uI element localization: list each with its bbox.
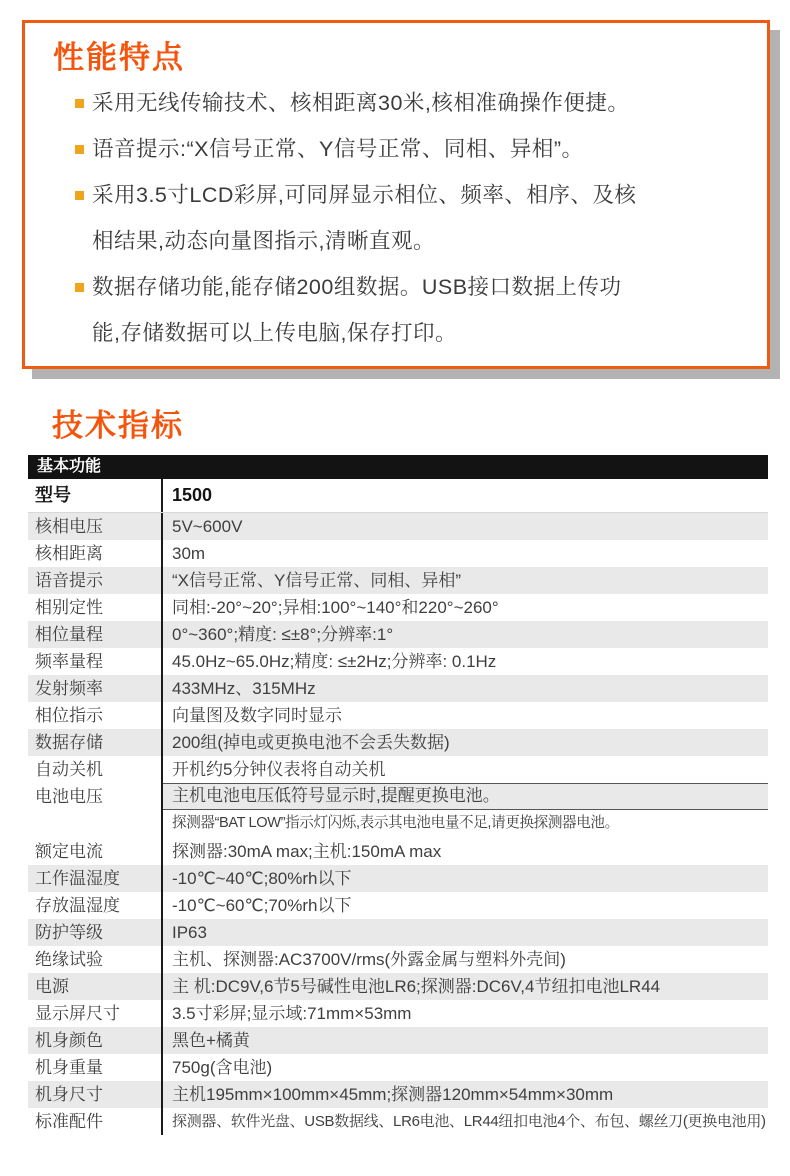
spec-label: 核相电压 (28, 513, 163, 540)
spec-row: 相位指示向量图及数字同时显示 (28, 702, 768, 729)
spec-value: 开机约5分钟仪表将自动关机 (163, 756, 768, 783)
spec-row: 发射频率433MHz、315MHz (28, 675, 768, 702)
spec-row: 频率量程45.0Hz~65.0Hz;精度: ≤±2Hz;分辨率: 0.1Hz (28, 648, 768, 675)
square-bullet-icon (75, 191, 84, 200)
spec-row: 机身颜色黑色+橘黄 (28, 1027, 768, 1054)
feature-text: 采用3.5寸LCD彩屏,可同屏显示相位、频率、相序、及核 相结果,动态向量图指示… (92, 172, 636, 264)
spec-value: 3.5寸彩屏;显示域:71mm×53mm (163, 1000, 768, 1027)
feature-box: 性能特点 采用无线传输技术、核相距离30米,核相准确操作便捷。 语音提示:“X信… (22, 20, 770, 369)
spec-row: 存放温湿度-10℃~60℃;70%rh以下 (28, 892, 768, 919)
features-title: 性能特点 (53, 32, 185, 77)
spec-label: 相位量程 (28, 621, 163, 648)
spec-section-header: 基本功能 (28, 455, 768, 479)
feature-list: 采用无线传输技术、核相距离30米,核相准确操作便捷。 语音提示:“X信号正常、Y… (75, 80, 715, 356)
spec-row: 机身重量750g(含电池) (28, 1054, 768, 1081)
spec-row: 相位量程0°~360°;精度: ≤±8°;分辨率:1° (28, 621, 768, 648)
spec-label: 机身重量 (28, 1054, 163, 1081)
spec-value: 探测器:30mA max;主机:150mA max (163, 838, 768, 865)
square-bullet-icon (75, 283, 84, 292)
square-bullet-icon (75, 145, 84, 154)
spec-row: 防护等级IP63 (28, 919, 768, 946)
spec-label: 核相距离 (28, 540, 163, 567)
spec-row: 电源主 机:DC9V,6节5号碱性电池LR6;探测器:DC6V,4节纽扣电池LR… (28, 973, 768, 1000)
spec-label: 防护等级 (28, 919, 163, 946)
spec-row: 电池电压主机电池电压低符号显示时,提醒更换电池。探测器“BAT LOW”指示灯闪… (28, 783, 768, 838)
spec-label: 型号 (28, 479, 163, 512)
spec-value: 200组(掉电或更换电池不会丢失数据) (163, 729, 768, 756)
spec-value: 主机195mm×100mm×45mm;探测器120mm×54mm×30mm (163, 1081, 768, 1108)
spec-row: 标准配件探测器、软件光盘、USB数据线、LR6电池、LR44纽扣电池4个、布包、… (28, 1108, 768, 1135)
spec-value: 750g(含电池) (163, 1054, 768, 1081)
spec-value: 探测器“BAT LOW”指示灯闪烁,表示其电池电量不足,请更换探测器电池。 (163, 810, 768, 837)
spec-label: 标准配件 (28, 1108, 163, 1135)
spec-rows: 型号1500核相电压5V~600V核相距离30m语音提示“X信号正常、Y信号正常… (28, 479, 768, 1135)
spec-value: 同相:-20°~20°;异相:100°~140°和220°~260° (163, 594, 768, 621)
spec-row: 型号1500 (28, 479, 768, 513)
spec-value: 45.0Hz~65.0Hz;精度: ≤±2Hz;分辨率: 0.1Hz (163, 648, 768, 675)
spec-row: 工作温湿度-10℃~40℃;80%rh以下 (28, 865, 768, 892)
spec-value: IP63 (163, 919, 768, 946)
spec-label: 电源 (28, 973, 163, 1000)
spec-label: 自动关机 (28, 756, 163, 783)
spec-label: 绝缘试验 (28, 946, 163, 973)
feature-item: 数据存储功能,能存储200组数据。USB接口数据上传功 能,存储数据可以上传电脑… (75, 264, 715, 356)
spec-label: 工作温湿度 (28, 865, 163, 892)
feature-item: 采用无线传输技术、核相距离30米,核相准确操作便捷。 (75, 80, 715, 126)
spec-label: 显示屏尺寸 (28, 1000, 163, 1027)
spec-row: 核相电压5V~600V (28, 513, 768, 540)
spec-value-group: 主机电池电压低符号显示时,提醒更换电池。探测器“BAT LOW”指示灯闪烁,表示… (163, 783, 768, 838)
spec-value: -10℃~40℃;80%rh以下 (163, 865, 768, 892)
spec-row: 数据存储200组(掉电或更换电池不会丢失数据) (28, 729, 768, 756)
spec-label: 语音提示 (28, 567, 163, 594)
square-bullet-icon (75, 99, 84, 108)
spec-label: 电池电压 (28, 783, 163, 838)
specs-title: 技术指标 (52, 400, 184, 445)
spec-label: 相别定性 (28, 594, 163, 621)
spec-row: 显示屏尺寸3.5寸彩屏;显示域:71mm×53mm (28, 1000, 768, 1027)
spec-value: 433MHz、315MHz (163, 675, 768, 702)
product-spec-page: 性能特点 采用无线传输技术、核相距离30米,核相准确操作便捷。 语音提示:“X信… (0, 0, 790, 1176)
spec-value: 5V~600V (163, 513, 768, 540)
spec-value: 黑色+橘黄 (163, 1027, 768, 1054)
spec-row: 自动关机开机约5分钟仪表将自动关机 (28, 756, 768, 783)
spec-table: 基本功能 型号1500核相电压5V~600V核相距离30m语音提示“X信号正常、… (28, 455, 768, 1135)
spec-value: 主机电池电压低符号显示时,提醒更换电池。 (163, 783, 768, 810)
spec-row: 核相距离30m (28, 540, 768, 567)
spec-label: 额定电流 (28, 838, 163, 865)
spec-row: 额定电流探测器:30mA max;主机:150mA max (28, 838, 768, 865)
spec-value: 30m (163, 540, 768, 567)
spec-row: 语音提示“X信号正常、Y信号正常、同相、异相” (28, 567, 768, 594)
spec-value: “X信号正常、Y信号正常、同相、异相” (163, 567, 768, 594)
spec-value: 向量图及数字同时显示 (163, 702, 768, 729)
feature-text: 数据存储功能,能存储200组数据。USB接口数据上传功 能,存储数据可以上传电脑… (92, 264, 622, 356)
spec-value: -10℃~60℃;70%rh以下 (163, 892, 768, 919)
spec-label: 机身尺寸 (28, 1081, 163, 1108)
spec-value: 主机、探测器:AC3700V/rms(外露金属与塑料外壳间) (163, 946, 768, 973)
spec-value: 0°~360°;精度: ≤±8°;分辨率:1° (163, 621, 768, 648)
feature-text: 语音提示:“X信号正常、Y信号正常、同相、异相”。 (92, 126, 583, 172)
feature-item: 采用3.5寸LCD彩屏,可同屏显示相位、频率、相序、及核 相结果,动态向量图指示… (75, 172, 715, 264)
spec-label: 频率量程 (28, 648, 163, 675)
spec-label: 机身颜色 (28, 1027, 163, 1054)
spec-row: 相别定性同相:-20°~20°;异相:100°~140°和220°~260° (28, 594, 768, 621)
spec-value: 探测器、软件光盘、USB数据线、LR6电池、LR44纽扣电池4个、布包、螺丝刀(… (163, 1108, 768, 1135)
feature-item: 语音提示:“X信号正常、Y信号正常、同相、异相”。 (75, 126, 715, 172)
spec-value: 1500 (163, 479, 768, 512)
spec-label: 存放温湿度 (28, 892, 163, 919)
spec-row: 绝缘试验主机、探测器:AC3700V/rms(外露金属与塑料外壳间) (28, 946, 768, 973)
spec-label: 发射频率 (28, 675, 163, 702)
spec-label: 相位指示 (28, 702, 163, 729)
spec-label: 数据存储 (28, 729, 163, 756)
spec-row: 机身尺寸主机195mm×100mm×45mm;探测器120mm×54mm×30m… (28, 1081, 768, 1108)
spec-value: 主 机:DC9V,6节5号碱性电池LR6;探测器:DC6V,4节纽扣电池LR44 (163, 973, 768, 1000)
feature-text: 采用无线传输技术、核相距离30米,核相准确操作便捷。 (92, 80, 629, 126)
